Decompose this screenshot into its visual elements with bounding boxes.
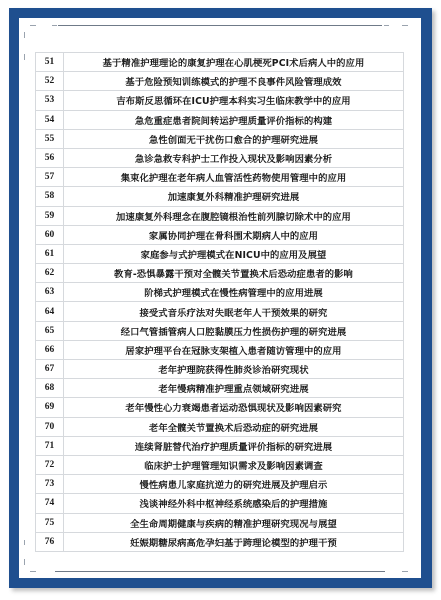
table-row: 72临床护士护理管理知识需求及影响因素调查 bbox=[36, 455, 404, 474]
table-row: 71连续肾脏替代治疗护理质量评价指标的研究进展 bbox=[36, 436, 404, 455]
table-row: 54急危重症患者院间转运护理质量评价指标的构建 bbox=[36, 110, 404, 129]
header-rule-right-dash bbox=[384, 25, 389, 26]
row-title: 临床护士护理管理知识需求及影响因素调查 bbox=[64, 455, 404, 474]
row-number: 65 bbox=[36, 321, 64, 340]
topic-table: 51基于精准护理理论的康复护理在心肌梗死PCI术后病人中的应用 52基于危险预知… bbox=[35, 52, 404, 552]
table-row: 75全生命周期健康与疾病的精准护理研究现况与展望 bbox=[36, 513, 404, 532]
row-number: 76 bbox=[36, 532, 64, 551]
table-row: 74浅谈神经外科中枢神经系统感染后的护理措施 bbox=[36, 494, 404, 513]
margin-tick bbox=[24, 540, 25, 545]
row-number: 61 bbox=[36, 244, 64, 263]
row-title: 慢性病患儿家庭抗逆力的研究进展及护理启示 bbox=[64, 475, 404, 494]
row-number: 58 bbox=[36, 187, 64, 206]
table-row: 61家庭参与式护理模式在NICU中的应用及展望 bbox=[36, 244, 404, 263]
footer-rule-right-dash bbox=[402, 571, 408, 572]
table-row: 58加速康复外科精准护理研究进展 bbox=[36, 187, 404, 206]
row-title: 经口气管插管病人口腔黏膜压力性损伤护理的研究进展 bbox=[64, 321, 404, 340]
row-number: 51 bbox=[36, 53, 64, 72]
row-title: 老年全髋关节置换术后恐动症的研究进展 bbox=[64, 417, 404, 436]
footer-rule bbox=[55, 571, 385, 572]
row-number: 63 bbox=[36, 283, 64, 302]
row-title: 妊娠期糖尿病高危孕妇基于跨理论模型的护理干预 bbox=[64, 532, 404, 551]
table-row: 53吉布斯反思循环在ICU护理本科实习生临床教学中的应用 bbox=[36, 91, 404, 110]
row-title: 阶梯式护理模式在慢性病管理中的应用进展 bbox=[64, 283, 404, 302]
row-title: 全生命周期健康与疾病的精准护理研究现况与展望 bbox=[64, 513, 404, 532]
row-title: 居家护理平台在冠脉支架植入患者随访管理中的应用 bbox=[64, 340, 404, 359]
row-number: 69 bbox=[36, 398, 64, 417]
row-number: 60 bbox=[36, 225, 64, 244]
row-title: 家属协同护理在骨科围术期病人中的应用 bbox=[64, 225, 404, 244]
row-number: 54 bbox=[36, 110, 64, 129]
table-row: 64接受式音乐疗法对失眠老年人干预效果的研究 bbox=[36, 302, 404, 321]
row-title: 基于危险预知训练模式的护理不良事件风险管理成效 bbox=[64, 72, 404, 91]
margin-tick bbox=[24, 54, 25, 60]
row-number: 72 bbox=[36, 455, 64, 474]
table-row: 55急性创面无干扰伤口愈合的护理研究进展 bbox=[36, 129, 404, 148]
row-title: 急危重症患者院间转运护理质量评价指标的构建 bbox=[64, 110, 404, 129]
row-title: 教育-恐惧暴露干预对全髋关节置换术后恐动症患者的影响 bbox=[64, 264, 404, 283]
table-row: 57集束化护理在老年病人血管活性药物使用管理中的应用 bbox=[36, 168, 404, 187]
table-row: 69老年慢性心力衰竭患者运动恐惧现状及影响因素研究 bbox=[36, 398, 404, 417]
table-row: 62教育-恐惧暴露干预对全髋关节置换术后恐动症患者的影响 bbox=[36, 264, 404, 283]
row-number: 67 bbox=[36, 360, 64, 379]
row-title: 家庭参与式护理模式在NICU中的应用及展望 bbox=[64, 244, 404, 263]
row-number: 55 bbox=[36, 129, 64, 148]
row-number: 62 bbox=[36, 264, 64, 283]
row-title: 吉布斯反思循环在ICU护理本科实习生临床教学中的应用 bbox=[64, 91, 404, 110]
row-number: 71 bbox=[36, 436, 64, 455]
table-row: 68老年慢病精准护理重点领域研究进展 bbox=[36, 379, 404, 398]
header-rule-left-dash-2 bbox=[52, 25, 57, 26]
row-title: 急性创面无干扰伤口愈合的护理研究进展 bbox=[64, 129, 404, 148]
row-title: 接受式音乐疗法对失眠老年人干预效果的研究 bbox=[64, 302, 404, 321]
table-row: 67老年护理院获得性肺炎诊治研究现状 bbox=[36, 360, 404, 379]
row-number: 53 bbox=[36, 91, 64, 110]
row-number: 56 bbox=[36, 148, 64, 167]
margin-tick bbox=[24, 559, 25, 565]
row-number: 59 bbox=[36, 206, 64, 225]
row-number: 64 bbox=[36, 302, 64, 321]
table-row: 66居家护理平台在冠脉支架植入患者随访管理中的应用 bbox=[36, 340, 404, 359]
margin-tick bbox=[24, 32, 25, 38]
header-rule bbox=[58, 25, 382, 26]
row-title: 连续肾脏替代治疗护理质量评价指标的研究进展 bbox=[64, 436, 404, 455]
row-number: 68 bbox=[36, 379, 64, 398]
row-title: 浅谈神经外科中枢神经系统感染后的护理措施 bbox=[64, 494, 404, 513]
table-row: 76妊娠期糖尿病高危孕妇基于跨理论模型的护理干预 bbox=[36, 532, 404, 551]
row-title: 加速康复外科精准护理研究进展 bbox=[64, 187, 404, 206]
row-title: 基于精准护理理论的康复护理在心肌梗死PCI术后病人中的应用 bbox=[64, 53, 404, 72]
row-title: 老年护理院获得性肺炎诊治研究现状 bbox=[64, 360, 404, 379]
header-rule-left-dash bbox=[30, 25, 36, 26]
table-row: 56急诊急救专科护士工作投入现状及影响因素分析 bbox=[36, 148, 404, 167]
table-row: 63阶梯式护理模式在慢性病管理中的应用进展 bbox=[36, 283, 404, 302]
table-row: 70老年全髋关节置换术后恐动症的研究进展 bbox=[36, 417, 404, 436]
row-title: 加速康复外科理念在腹腔镜根治性前列腺切除术中的应用 bbox=[64, 206, 404, 225]
table-row: 52基于危险预知训练模式的护理不良事件风险管理成效 bbox=[36, 72, 404, 91]
table-row: 51基于精准护理理论的康复护理在心肌梗死PCI术后病人中的应用 bbox=[36, 53, 404, 72]
row-number: 73 bbox=[36, 475, 64, 494]
row-title: 集束化护理在老年病人血管活性药物使用管理中的应用 bbox=[64, 168, 404, 187]
row-number: 74 bbox=[36, 494, 64, 513]
footer-rule-left-dash bbox=[30, 571, 36, 572]
row-number: 66 bbox=[36, 340, 64, 359]
row-number: 52 bbox=[36, 72, 64, 91]
row-title: 急诊急救专科护士工作投入现状及影响因素分析 bbox=[64, 148, 404, 167]
row-number: 75 bbox=[36, 513, 64, 532]
row-number: 70 bbox=[36, 417, 64, 436]
header-rule-right-dash-2 bbox=[402, 25, 408, 26]
row-title: 老年慢病精准护理重点领域研究进展 bbox=[64, 379, 404, 398]
row-title: 老年慢性心力衰竭患者运动恐惧现状及影响因素研究 bbox=[64, 398, 404, 417]
table-row: 65经口气管插管病人口腔黏膜压力性损伤护理的研究进展 bbox=[36, 321, 404, 340]
table-row: 59加速康复外科理念在腹腔镜根治性前列腺切除术中的应用 bbox=[36, 206, 404, 225]
table-row: 73慢性病患儿家庭抗逆力的研究进展及护理启示 bbox=[36, 475, 404, 494]
row-number: 57 bbox=[36, 168, 64, 187]
table-row: 60家属协同护理在骨科围术期病人中的应用 bbox=[36, 225, 404, 244]
